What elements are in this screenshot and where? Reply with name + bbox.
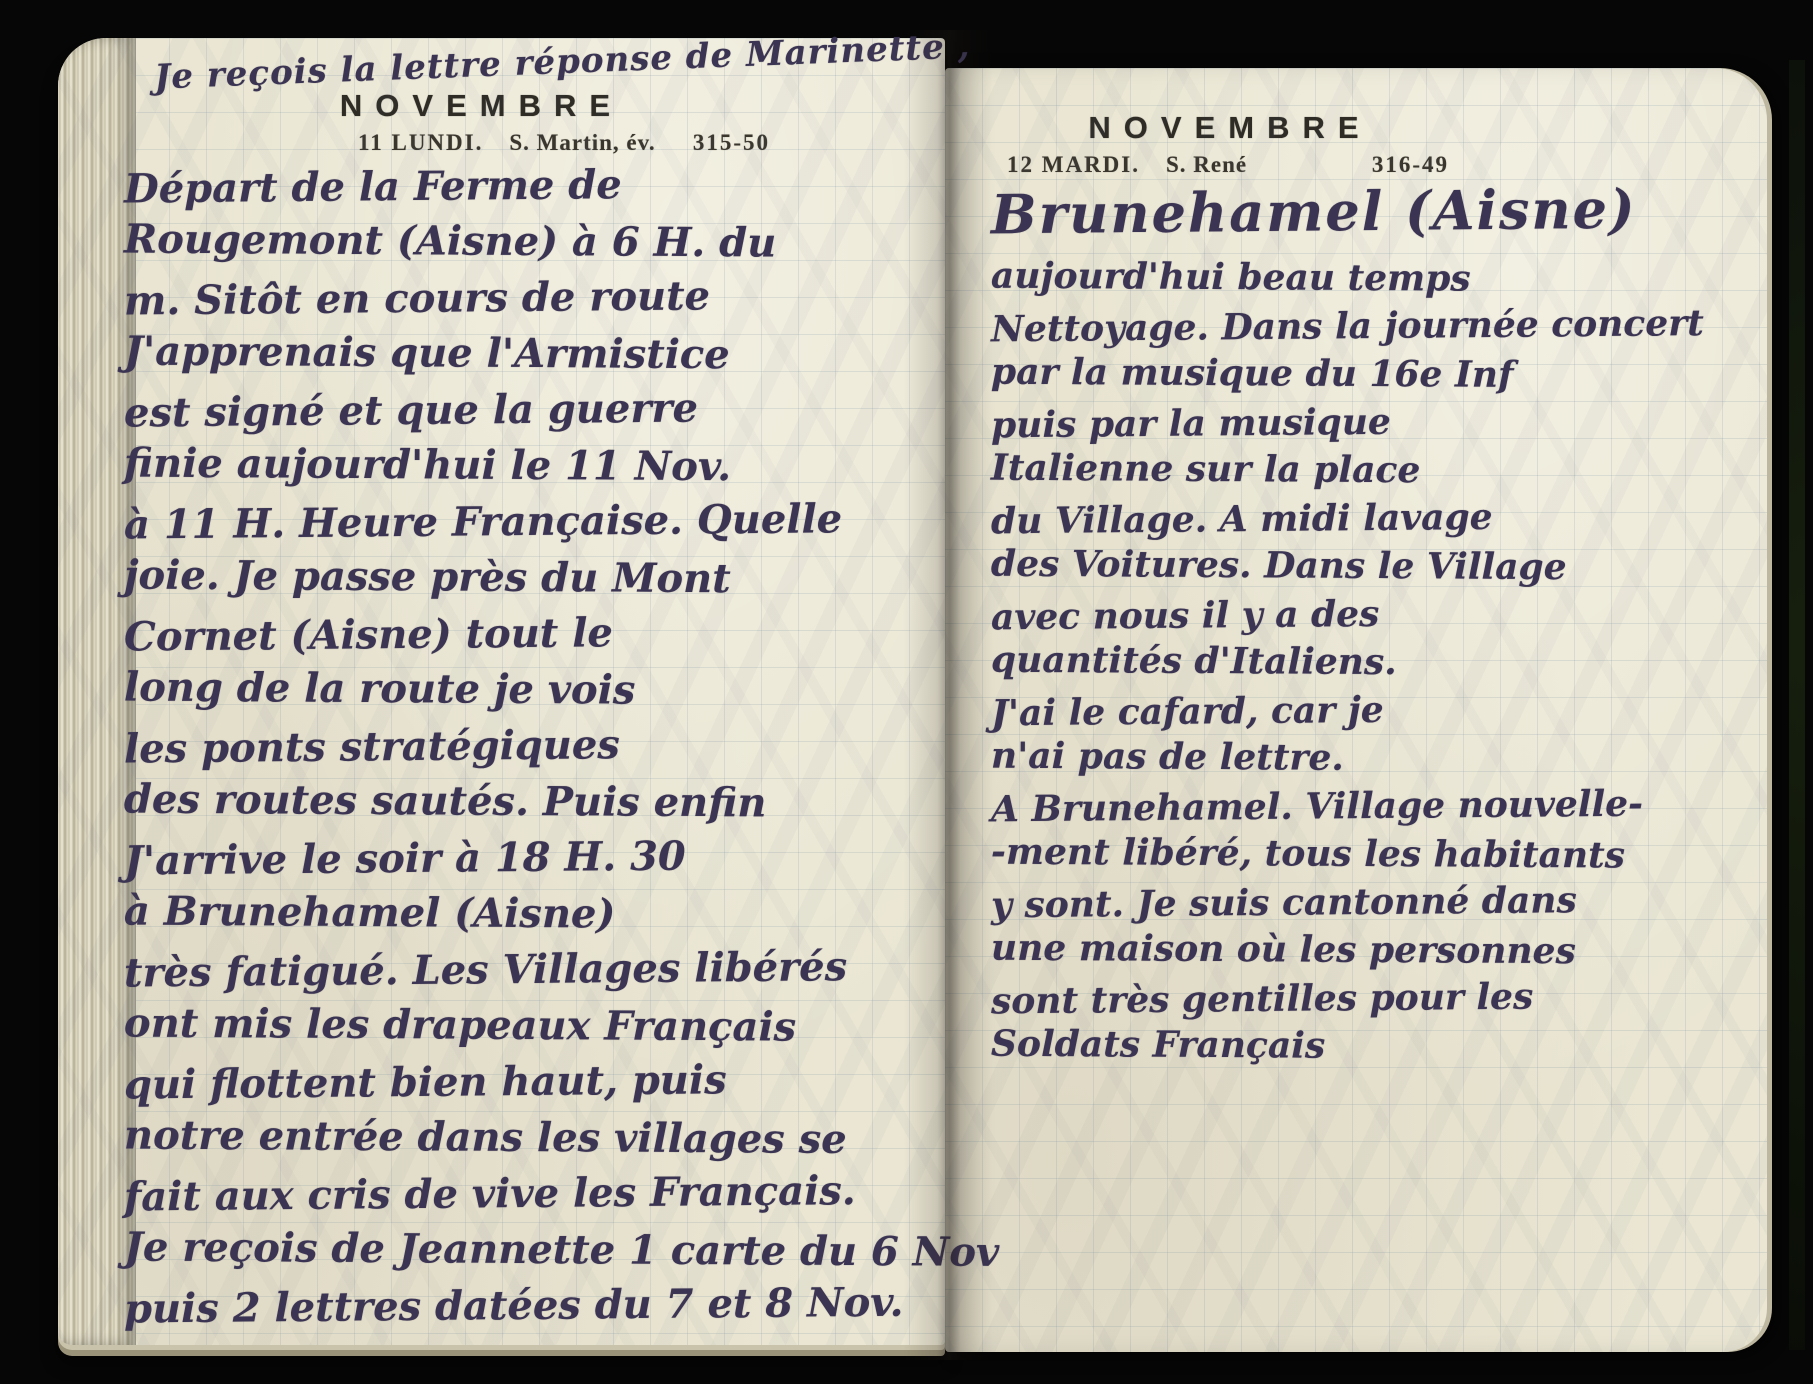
handwritten-line: Départ de la Ferme de <box>124 154 929 217</box>
handwritten-line: Cornet (Aisne) tout le <box>124 602 929 665</box>
entry-text-right: Brunehamel (Aisne)aujourd'hui beau temps… <box>991 168 1757 1070</box>
handwritten-line: long de la route je vois <box>124 660 929 721</box>
handwritten-line: Je reçois de Jeannette 1 carte du 6 Nov <box>124 1220 929 1281</box>
handwritten-line: Italienne sur la place <box>991 444 1757 497</box>
handwritten-line: est signé et que la guerre <box>124 378 929 441</box>
handwritten-line: des routes sautés. Puis enfin <box>124 772 929 833</box>
handwritten-line: m. Sitôt en cours de route <box>124 266 929 329</box>
handwritten-line: A Brunehamel. Village nouvelle- <box>991 779 1757 834</box>
handwritten-line: par la musique du 16e Inf <box>991 348 1757 401</box>
handwritten-line: les ponts stratégiques <box>124 714 929 777</box>
handwritten-line: du Village. A midi lavage <box>991 491 1757 546</box>
handwritten-line: qui flottent bien haut, puis <box>124 1050 929 1113</box>
handwritten-line: Nettoyage. Dans la journée concert <box>991 299 1757 354</box>
month-header-right: NOVEMBRE <box>945 110 1515 146</box>
handwritten-line: sont très gentilles pour les <box>991 971 1757 1026</box>
scanned-diary-spread: Je reçois la lettre réponse de Marinette… <box>0 0 1813 1384</box>
margin-note: Je reçois la lettre réponse de Marinette… <box>154 26 972 97</box>
diary-page-right: NOVEMBRE 12 MARDI. S. René 316-49 Bruneh… <box>945 68 1767 1352</box>
day-numbers-left: 315-50 <box>693 130 770 156</box>
handwritten-line: y sont. Je suis cantonné dans <box>991 875 1757 930</box>
handwritten-line: une maison où les personnes <box>991 924 1757 977</box>
diary-page-left: Je reçois la lettre réponse de Marinette… <box>58 38 945 1345</box>
handwritten-line: joie. Je passe près du Mont <box>124 548 929 609</box>
saint-name-left: S. Martin, év. <box>509 130 655 156</box>
handwritten-line: Brunehamel (Aisne) <box>991 165 1758 258</box>
handwritten-line: -ment libéré, tous les habitants <box>991 828 1757 881</box>
handwritten-line: finie aujourd'hui le 11 Nov. <box>124 436 929 497</box>
handwritten-line: J'apprenais que l'Armistice <box>124 324 929 385</box>
book-cover-edge <box>1789 60 1805 1350</box>
handwritten-line: puis par la musique <box>991 395 1757 450</box>
handwritten-line: Soldats Français <box>991 1020 1757 1073</box>
handwritten-line: aujourd'hui beau temps <box>991 252 1757 305</box>
handwritten-line: n'ai pas de lettre. <box>991 732 1757 785</box>
handwritten-line: ont mis les drapeaux Français <box>124 996 929 1057</box>
handwritten-line: fait aux cris de vive les Français. <box>124 1162 929 1225</box>
handwritten-line: à 11 H. Heure Française. Quelle <box>124 490 929 553</box>
handwritten-line: J'ai le cafard, car je <box>991 683 1757 738</box>
handwritten-line: quantités d'Italiens. <box>991 636 1757 689</box>
handwritten-line: notre entrée dans les villages se <box>124 1108 929 1169</box>
handwritten-line: J'arrive le soir à 18 H. 30 <box>124 826 929 889</box>
handwritten-line: Rougemont (Aisne) à 6 H. du <box>124 212 929 273</box>
date-day-left: 11 LUNDI. <box>358 130 483 156</box>
handwritten-line: très fatigué. Les Villages libérés <box>124 938 929 1001</box>
handwritten-line: avec nous il y a des <box>991 587 1757 642</box>
handwritten-line: à Brunehamel (Aisne) <box>124 884 929 945</box>
handwritten-line: puis 2 lettres datées du 7 et 8 Nov. <box>124 1274 929 1337</box>
entry-text-left: Départ de la Ferme deRougemont (Aisne) à… <box>124 158 929 1334</box>
date-line-left: 11 LUNDI. S. Martin, év. 315-50 <box>358 130 770 156</box>
handwritten-line: des Voitures. Dans le Village <box>991 540 1757 593</box>
